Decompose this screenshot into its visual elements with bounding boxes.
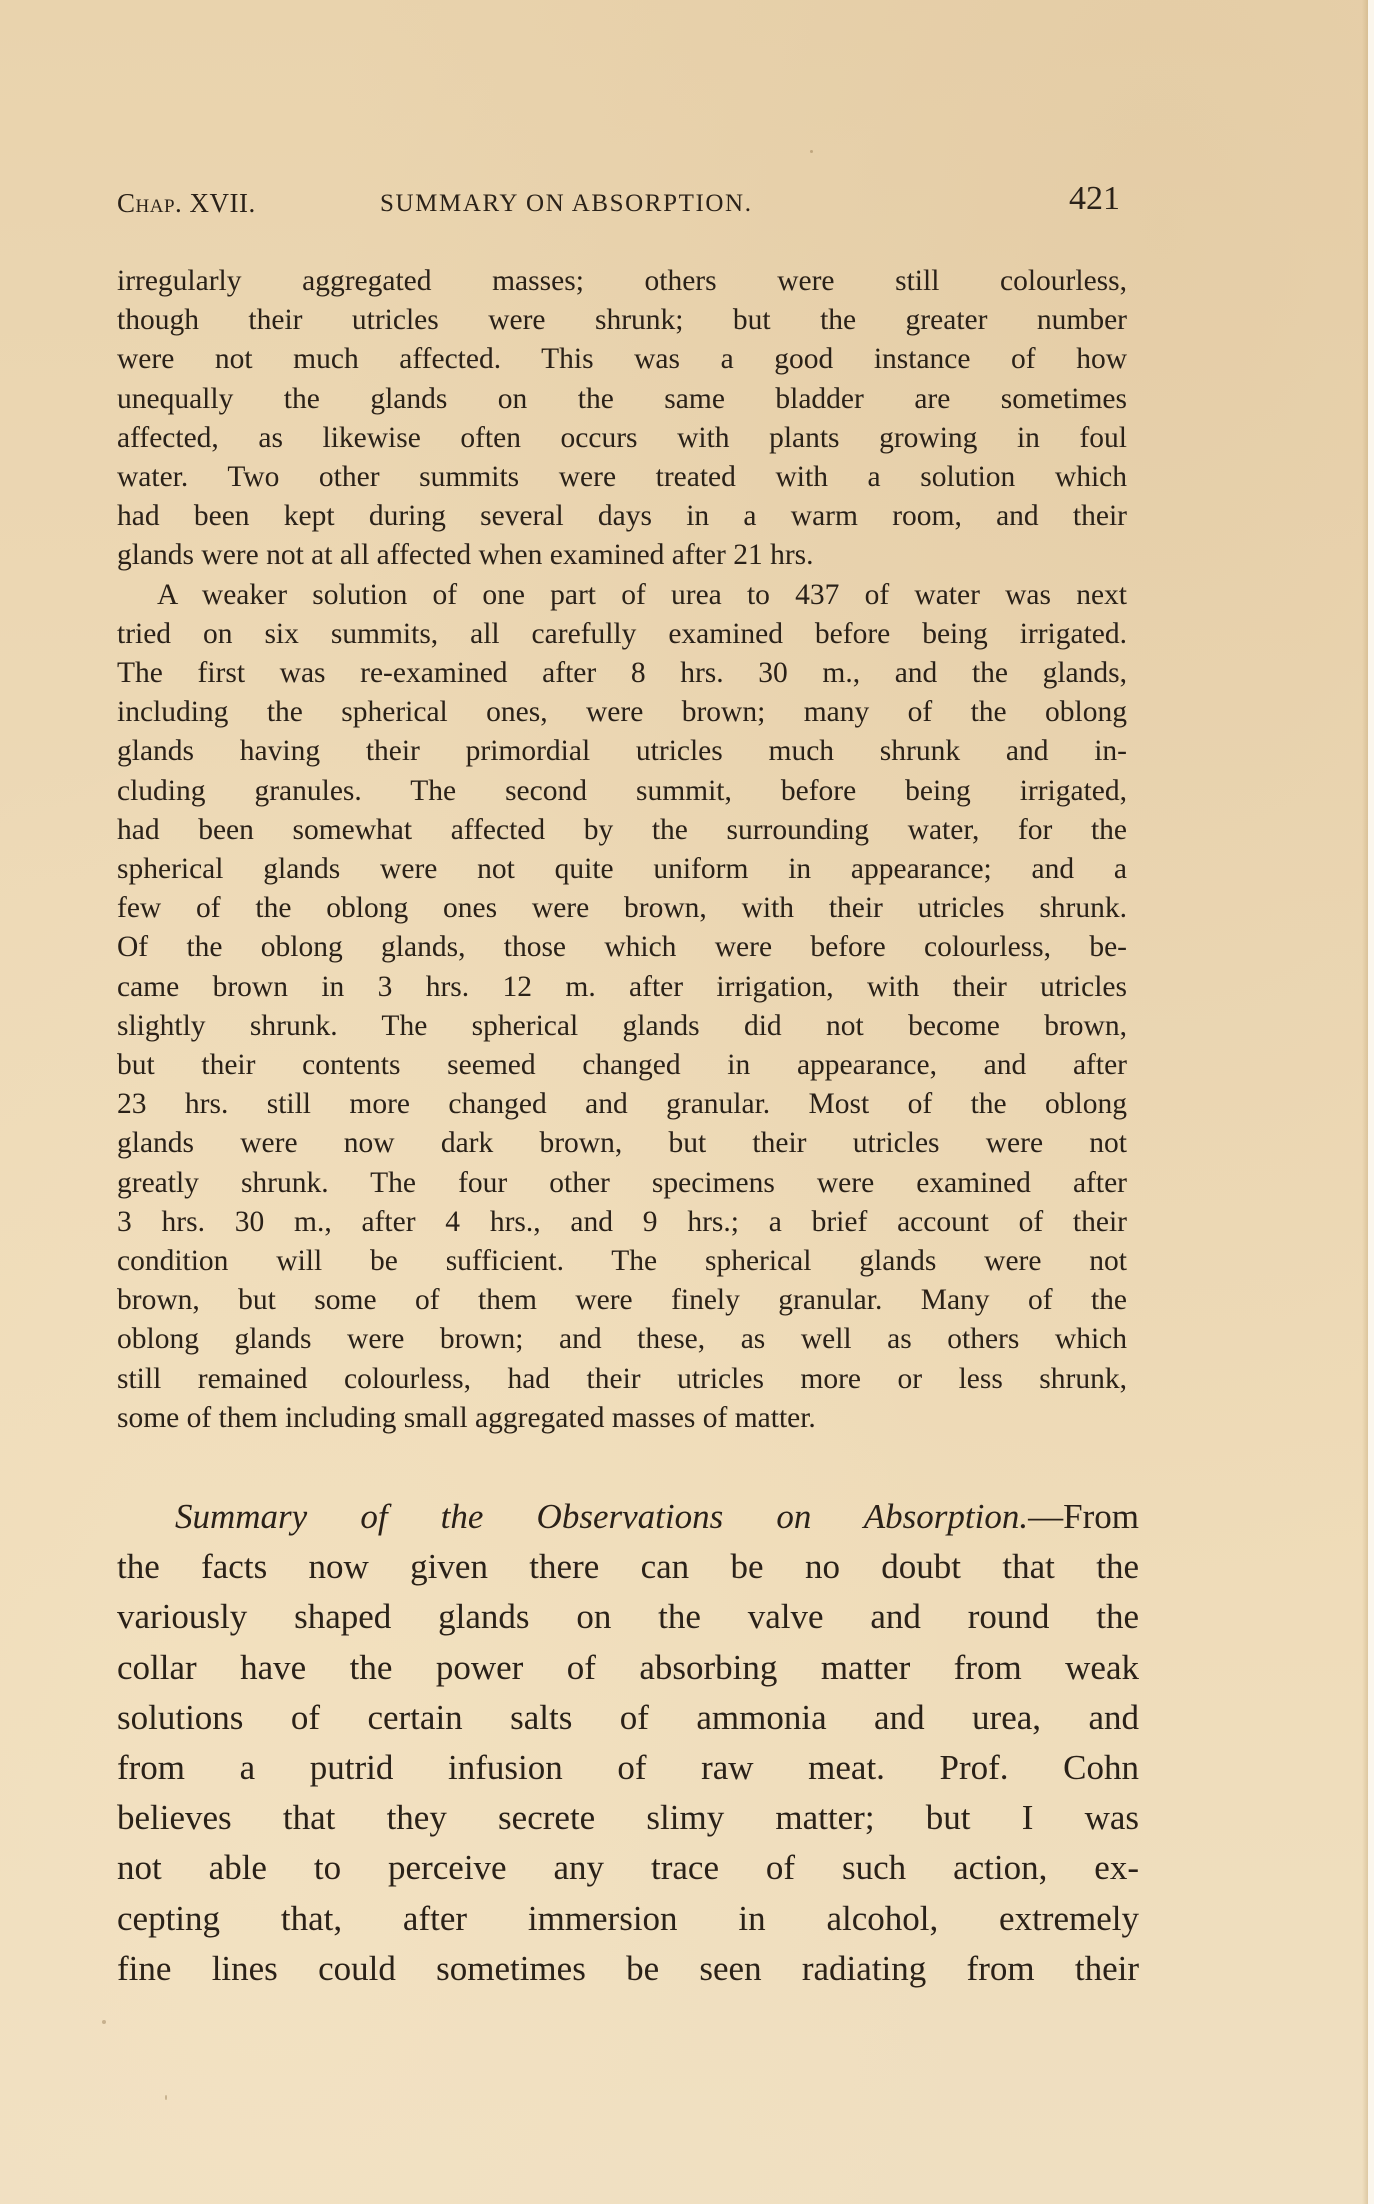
text-line: The first was re-examined after 8 hrs. 3… [117,654,1127,693]
text-line: glands were not at all affected when exa… [117,536,1127,575]
text-line: including the spherical ones, were brown… [117,693,1127,732]
text-line: though their utricles were shrunk; but t… [117,301,1127,340]
chapter-label: Chap. XVII. [117,188,256,219]
text-line: came brown in 3 hrs. 12 m. after irrigat… [117,968,1127,1007]
summary-first-line: Summary of the Observations on Absorptio… [117,1492,1139,1542]
text-line: not able to perceive any trace of such a… [117,1843,1139,1893]
text-line: brown, but some of them were finely gran… [117,1281,1127,1320]
text-line: water. Two other summits were treated wi… [117,458,1127,497]
paper-speck [165,2095,167,2100]
text-line: had been kept during several days in a w… [117,497,1127,536]
text-line: some of them including small aggregated … [117,1399,1127,1438]
text-line: fine lines could sometimes be seen radia… [117,1944,1139,1994]
text-line: collar have the power of absorbing matte… [117,1643,1139,1693]
text-line: had been somewhat affected by the surrou… [117,811,1127,850]
text-line: the facts now given there can be no doub… [117,1542,1139,1592]
text-line: unequally the glands on the same bladder… [117,380,1127,419]
text-line: irregularly aggregated masses; others we… [117,262,1127,301]
paragraph-continuation: irregularly aggregated masses; others we… [117,262,1127,576]
text-line: still remained colourless, had their utr… [117,1360,1127,1399]
body-text: irregularly aggregated masses; others we… [117,262,1127,1438]
text-line: Of the oblong glands, those which were b… [117,928,1127,967]
summary-section: Summary of the Observations on Absorptio… [117,1492,1139,1994]
paper-speck [102,2020,106,2024]
text-line: affected, as likewise often occurs with … [117,419,1127,458]
summary-heading-dash: —From [1028,1497,1139,1536]
text-line: variously shaped glands on the valve and… [117,1592,1139,1642]
text-line: were not much affected. This was a good … [117,340,1127,379]
text-line: 3 hrs. 30 m., after 4 hrs., and 9 hrs.; … [117,1203,1127,1242]
running-title: SUMMARY ON ABSORPTION. [380,190,753,218]
text-line: greatly shrunk. The four other specimens… [117,1164,1127,1203]
text-line: spherical glands were not quite uniform … [117,850,1127,889]
text-line: glands having their primordial utricles … [117,732,1127,771]
text-line: oblong glands were brown; and these, as … [117,1320,1127,1359]
text-line: cepting that, after immersion in alcohol… [117,1894,1139,1944]
text-line: A weaker solution of one part of urea to… [117,576,1127,615]
book-page: Chap. XVII. SUMMARY ON ABSORPTION. 421 i… [0,0,1368,2204]
text-line: slightly shrunk. The spherical glands di… [117,1007,1127,1046]
text-line: but their contents seemed changed in app… [117,1046,1127,1085]
page-number: 421 [1069,180,1120,218]
paragraph-urea-solution: A weaker solution of one part of urea to… [117,576,1127,1438]
text-line: few of the oblong ones were brown, with … [117,889,1127,928]
summary-heading: Summary of the Observations on Absorptio… [175,1497,1028,1536]
text-line: solutions of certain salts of ammonia an… [117,1693,1139,1743]
paper-speck [810,150,813,153]
text-line: glands were now dark brown, but their ut… [117,1124,1127,1163]
running-head: Chap. XVII. SUMMARY ON ABSORPTION. 421 [117,178,1120,228]
text-line: condition will be sufficient. The spheri… [117,1242,1127,1281]
text-line: from a putrid infusion of raw meat. Prof… [117,1743,1139,1793]
text-line: tried on six summits, all carefully exam… [117,615,1127,654]
text-line: believes that they secrete slimy matter;… [117,1793,1139,1843]
text-line: cluding granules. The second summit, bef… [117,772,1127,811]
text-line: 23 hrs. still more changed and granular.… [117,1085,1127,1124]
